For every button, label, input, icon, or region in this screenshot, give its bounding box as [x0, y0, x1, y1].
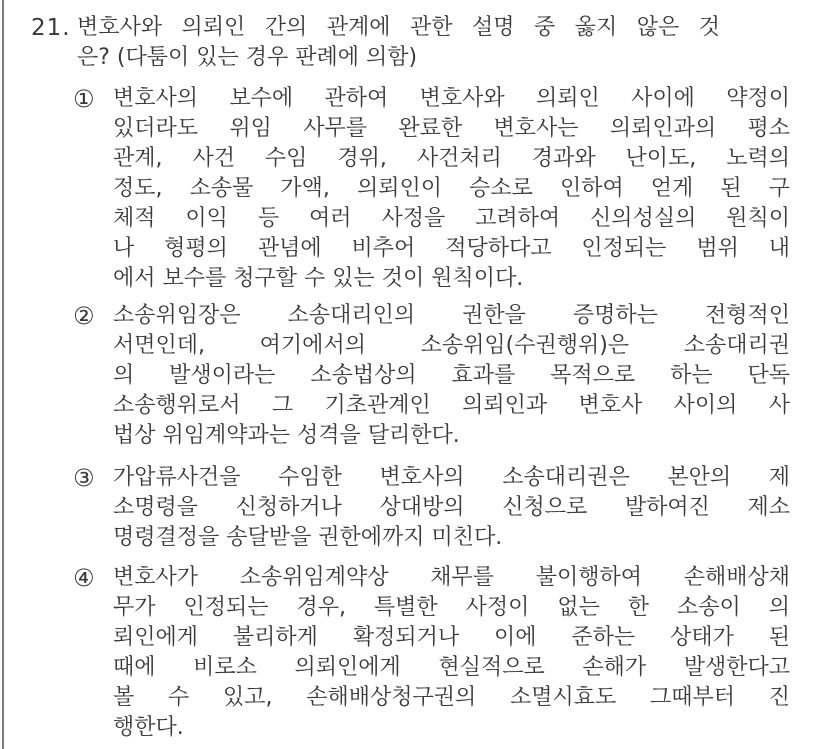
answer-option-2: ② 소송위임장은 소송대리인의 권한을 증명하는 전형적인서면인데, 여기에서의… [73, 301, 826, 451]
text-line: 은? (다툼이 있는 경우 판례에 의함) [77, 43, 720, 73]
question-text: 변호사와 의뢰인 간의 관계에 관한 설명 중 옳지 않은 것은? (다툼이 있… [77, 13, 720, 73]
question-block: 21. 변호사와 의뢰인 간의 관계에 관한 설명 중 옳지 않은 것은? (다… [31, 13, 826, 73]
text-line: 행한다. [113, 713, 790, 743]
answer-option-3: ③ 가압류사건을 수임한 변호사의 소송대리권은 본안의 제소명령을 신청하거나… [73, 463, 826, 553]
text-line: 변호사의 보수에 관하여 변호사와 의뢰인 사이에 약정이 [113, 84, 790, 114]
option-3-marker: ③ [73, 463, 113, 553]
text-line: 가압류사건을 수임한 변호사의 소송대리권은 본안의 제 [113, 463, 790, 493]
option-1-marker: ① [73, 84, 113, 294]
option-1-text: 변호사의 보수에 관하여 변호사와 의뢰인 사이에 약정이있더라도 위임 사무를… [113, 84, 790, 294]
option-3-text: 가압류사건을 수임한 변호사의 소송대리권은 본안의 제소명령을 신청하거나 상… [113, 463, 790, 553]
text-line: 변호사가 소송위임계약상 채무를 불이행하여 손해배상채 [113, 563, 790, 593]
option-4-marker: ④ [73, 563, 113, 743]
text-line: 체적 이익 등 여러 사정을 고려하여 신의성실의 원칙이 [113, 204, 790, 234]
answer-option-4: ④ 변호사가 소송위임계약상 채무를 불이행하여 손해배상채무가 인정되는 경우… [73, 563, 826, 743]
left-column-rule [2, 0, 4, 749]
text-line: 있더라도 위임 사무를 완료한 변호사는 의뢰인과의 평소 [113, 114, 790, 144]
exam-question-page: 21. 변호사와 의뢰인 간의 관계에 관한 설명 중 옳지 않은 것은? (다… [0, 0, 826, 749]
text-line: 때에 비로소 의뢰인에게 현실적으로 손해가 발생한다고 [113, 653, 790, 683]
text-line: 법상 위임계약과는 성격을 달리한다. [113, 421, 790, 451]
question-number: 21. [31, 13, 77, 73]
option-2-marker: ② [73, 301, 113, 451]
text-line: 나 형평의 관념에 비추어 적당하다고 인정되는 범위 내 [113, 234, 790, 264]
text-line: 볼 수 있고, 손해배상청구권의 소멸시효도 그때부터 진 [113, 683, 790, 713]
text-line: 무가 인정되는 경우, 특별한 사정이 없는 한 소송이 의 [113, 593, 790, 623]
text-line: 변호사와 의뢰인 간의 관계에 관한 설명 중 옳지 않은 것 [77, 13, 720, 43]
text-line: 소송위임장은 소송대리인의 권한을 증명하는 전형적인 [113, 301, 790, 331]
text-line: 정도, 소송물 가액, 의뢰인이 승소로 인하여 얻게 된 구 [113, 174, 790, 204]
option-2-text: 소송위임장은 소송대리인의 권한을 증명하는 전형적인서면인데, 여기에서의 소… [113, 301, 790, 451]
text-line: 소송행위로서 그 기초관계인 의뢰인과 변호사 사이의 사 [113, 391, 790, 421]
answer-option-1: ① 변호사의 보수에 관하여 변호사와 의뢰인 사이에 약정이있더라도 위임 사… [73, 84, 826, 294]
text-line: 관계, 사건 수임 경위, 사건처리 경과와 난이도, 노력의 [113, 144, 790, 174]
text-line: 의 발생이라는 소송법상의 효과를 목적으로 하는 단독 [113, 361, 790, 391]
text-line: 에서 보수를 청구할 수 있는 것이 원칙이다. [113, 264, 790, 294]
option-4-text: 변호사가 소송위임계약상 채무를 불이행하여 손해배상채무가 인정되는 경우, … [113, 563, 790, 743]
text-line: 명령결정을 송달받을 권한에까지 미친다. [113, 523, 790, 553]
text-line: 뢰인에게 불리하게 확정되거나 이에 준하는 상태가 된 [113, 623, 790, 653]
text-line: 소명령을 신청하거나 상대방의 신청으로 발하여진 제소 [113, 493, 790, 523]
text-line: 서면인데, 여기에서의 소송위임(수권행위)은 소송대리권 [113, 331, 790, 361]
